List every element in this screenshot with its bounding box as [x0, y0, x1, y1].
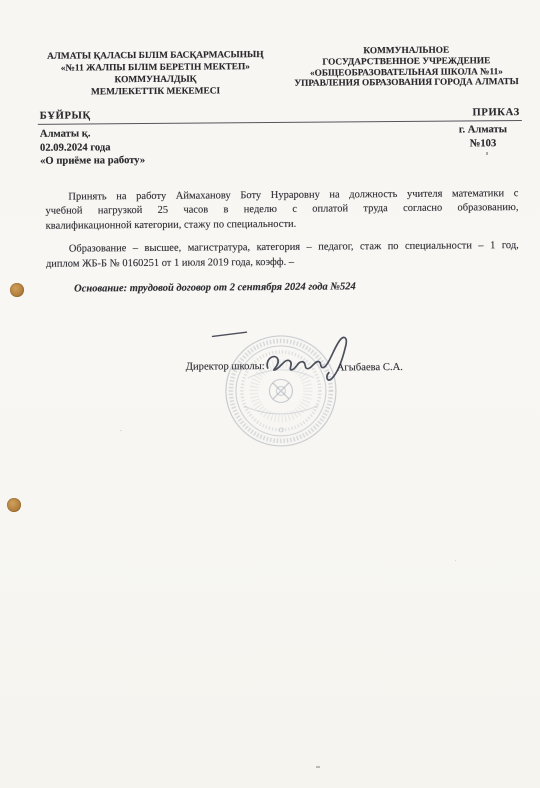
paragraph-education: Образование – высшее, магистратура, кате… [46, 239, 519, 272]
order-date: 02.09.2024 года [40, 141, 145, 155]
header-organization-russian: КОММУНАЛЬНОЕ ГОСУДАРСТВЕННОЕ УЧРЕЖДЕНИЕ … [281, 45, 531, 90]
scan-speck [316, 766, 320, 768]
header-ru-line: УПРАВЛЕНИЯ ОБРАЗОВАНИЯ ГОРОДА АЛМАТЫ [281, 77, 531, 90]
header-kk-line: МЕМЛЕКЕТТІК МЕКЕМЕСІ [33, 85, 279, 99]
director-signature-icon [204, 324, 355, 390]
order-label-russian: ПРИКАЗ [472, 107, 519, 118]
header-kk-line: «№11 ЖАЛПЫ БІЛІМ БЕРЕТІН МЕКТЕП» [32, 61, 278, 75]
body-line: квалификационной категории, стажу по спе… [46, 216, 519, 234]
header-organization-kazakh: АЛМАТЫ ҚАЛАСЫ БІЛІМ БАСҚАРМАСЫНЫҢ «№11 Ж… [32, 49, 278, 99]
order-meta-right: г. Алматы №103 [446, 123, 520, 151]
document-sheet: АЛМАТЫ ҚАЛАСЫ БІЛІМ БАСҚАРМАСЫНЫҢ «№11 Ж… [0, 0, 540, 788]
scan-speck [486, 152, 488, 155]
order-subject: «О приёме на работу» [40, 154, 145, 168]
order-number: №103 [446, 137, 520, 151]
order-meta-left: Алматы қ. 02.09.2024 года «О приёме на р… [40, 127, 145, 169]
binder-hole-mark [10, 283, 24, 297]
scan-speck [455, 560, 456, 561]
order-body: Принять на работу Аймаханову Боту Нураро… [45, 187, 519, 297]
paragraph-hiring: Принять на работу Аймаханову Боту Нураро… [45, 187, 518, 234]
scan-speck [120, 430, 122, 431]
order-city-kazakh: Алматы қ. [40, 127, 145, 141]
basis-line: Основание: трудовой договор от 2 сентябр… [46, 279, 519, 297]
binder-hole-mark [7, 498, 21, 512]
order-label-kazakh: БҰЙРЫҚ [40, 110, 91, 121]
body-line: диплом ЖБ-Б № 0160251 от 1 июля 2019 год… [46, 254, 519, 272]
scanned-order-document: АЛМАТЫ ҚАЛАСЫ БІЛІМ БАСҚАРМАСЫНЫҢ «№11 Ж… [0, 0, 540, 788]
order-city-russian: г. Алматы [446, 123, 520, 137]
